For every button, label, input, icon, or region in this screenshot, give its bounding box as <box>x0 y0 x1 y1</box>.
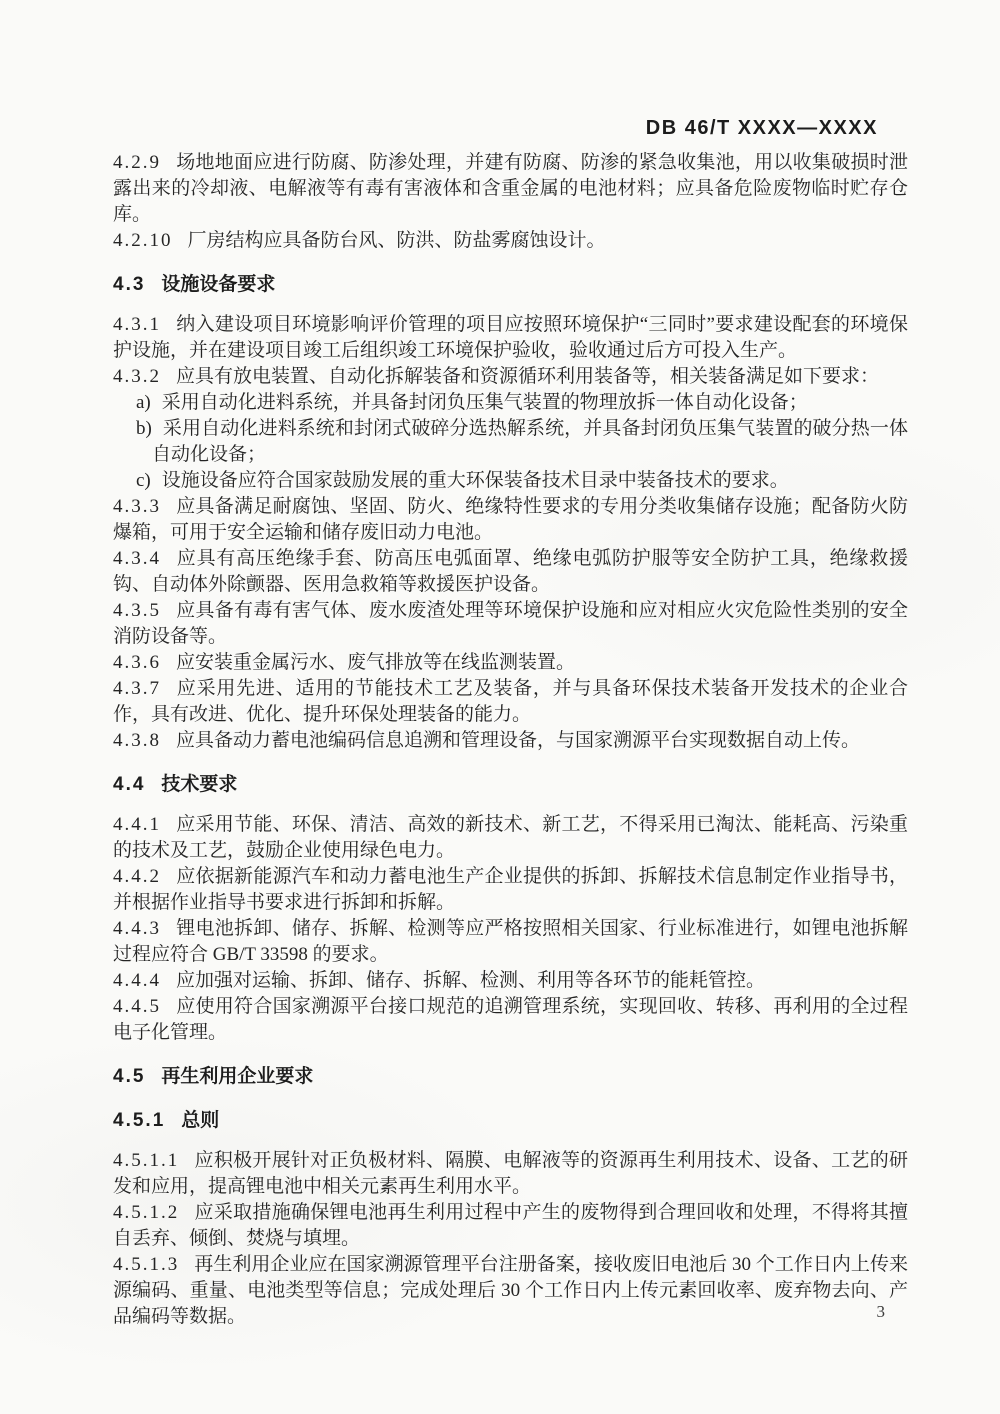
clause-text: 应依据新能源汽车和动力蓄电池生产企业提供的拆卸、拆解技术信息制定作业指导书，并根… <box>113 866 908 913</box>
clause-number: 4.3.6 <box>113 652 161 673</box>
clause-number: b) <box>136 416 152 442</box>
clause-text: 再生利用企业要求 <box>161 1066 313 1087</box>
clause-number: 4.3.8 <box>113 730 161 751</box>
clause-paragraph: 4.3.2应具有放电装置、自动化拆解装备和资源循环利用装备等，相关装备满足如下要… <box>113 364 908 390</box>
clause-number: 4.3 <box>113 274 145 295</box>
clause-text: 总则 <box>181 1110 219 1131</box>
clause-paragraph: 4.3.8应具备动力蓄电池编码信息追溯和管理设备，与国家溯源平台实现数据自动上传… <box>113 728 908 754</box>
list-item: b)采用自动化进料系统和封闭式破碎分选热解系统，并具备封闭负压集气装置的破分热一… <box>113 416 908 468</box>
clause-paragraph: 4.3.5应具备有毒有害气体、废水废渣处理等环境保护设施和应对相应火灾危险性类别… <box>113 598 908 650</box>
clause-number: a) <box>136 390 151 416</box>
clause-paragraph: 4.2.9场地地面应进行防腐、防渗处理，并建有防腐、防渗的紧急收集池，用以收集破… <box>113 150 908 228</box>
standard-number-header: DB 46/T XXXX—XXXX <box>646 117 878 140</box>
clause-text: 应加强对运输、拆卸、储存、拆解、检测、利用等各环节的能耗管控。 <box>176 970 765 991</box>
clause-paragraph: 4.3.3应具备满足耐腐蚀、坚固、防火、绝缘特性要求的专用分类收集储存设施；配备… <box>113 494 908 546</box>
clause-number: 4.4.1 <box>113 814 161 835</box>
section-heading: 4.3设施设备要求 <box>113 272 908 298</box>
clause-text: 采用自动化进料系统和封闭式破碎分选热解系统，并具备封闭负压集气装置的破分热一体自… <box>152 418 908 465</box>
clause-paragraph: 4.4.4应加强对运输、拆卸、储存、拆解、检测、利用等各环节的能耗管控。 <box>113 968 908 994</box>
clause-text: 应具有高压绝缘手套、防高压电弧面罩、绝缘电弧防护服等安全防护工具，绝缘救援钩、自… <box>113 548 908 595</box>
clause-number: 4.3.4 <box>113 548 161 569</box>
clause-paragraph: 4.5.1.2应采取措施确保锂电池再生利用过程中产生的废物得到合理回收和处理，不… <box>113 1200 908 1252</box>
clause-text: 场地地面应进行防腐、防渗处理，并建有防腐、防渗的紧急收集池，用以收集破损时泄露出… <box>113 152 908 225</box>
section-heading: 4.5再生利用企业要求 <box>113 1064 908 1090</box>
clause-number: 4.2.10 <box>113 230 173 251</box>
clause-text: 设施设备要求 <box>161 274 275 295</box>
clause-text: 应采取措施确保锂电池再生利用过程中产生的废物得到合理回收和处理，不得将其擅自丢弃… <box>113 1202 908 1249</box>
document-page: DB 46/T XXXX—XXXX 4.2.9场地地面应进行防腐、防渗处理，并建… <box>0 0 1000 1414</box>
clause-number: c) <box>136 468 151 494</box>
clause-number: 4.5.1.2 <box>113 1202 179 1223</box>
clause-paragraph: 4.4.5应使用符合国家溯源平台接口规范的追溯管理系统，实现回收、转移、再利用的… <box>113 994 908 1046</box>
clause-number: 4.5 <box>113 1066 145 1087</box>
clause-paragraph: 4.4.3锂电池拆卸、储存、拆解、检测等应严格按照相关国家、行业标准进行，如锂电… <box>113 916 908 968</box>
clause-paragraph: 4.3.6应安装重金属污水、废气排放等在线监测装置。 <box>113 650 908 676</box>
clause-text: 厂房结构应具备防台风、防洪、防盐雾腐蚀设计。 <box>188 230 606 251</box>
clause-number: 4.4.2 <box>113 866 161 887</box>
page-number: 3 <box>877 1302 886 1322</box>
clause-text: 应具备满足耐腐蚀、坚固、防火、绝缘特性要求的专用分类收集储存设施；配备防火防爆箱… <box>113 496 908 543</box>
clause-text: 应安装重金属污水、废气排放等在线监测装置。 <box>176 652 575 673</box>
clause-paragraph: 4.5.1.1应积极开展针对正负极材料、隔膜、电解液等的资源再生利用技术、设备、… <box>113 1148 908 1200</box>
clause-text: 技术要求 <box>161 774 237 795</box>
clause-paragraph: 4.3.4应具有高压绝缘手套、防高压电弧面罩、绝缘电弧防护服等安全防护工具，绝缘… <box>113 546 908 598</box>
clause-number: 4.3.3 <box>113 496 161 517</box>
clause-text: 应使用符合国家溯源平台接口规范的追溯管理系统，实现回收、转移、再利用的全过程电子… <box>113 996 908 1043</box>
clause-number: 4.4 <box>113 774 145 795</box>
clause-number: 4.3.7 <box>113 678 161 699</box>
clause-paragraph: 4.2.10厂房结构应具备防台风、防洪、防盐雾腐蚀设计。 <box>113 228 908 254</box>
clause-number: 4.5.1.1 <box>113 1150 179 1171</box>
clause-number: 4.4.3 <box>113 918 161 939</box>
clause-text: 采用自动化进料系统，并具备封闭负压集气装置的物理放拆一体自动化设备； <box>162 392 808 413</box>
clause-paragraph: 4.3.7应采用先进、适用的节能技术工艺及装备，并与具备环保技术装备开发技术的企… <box>113 676 908 728</box>
clause-text: 纳入建设项目环境影响评价管理的项目应按照环境保护“三同时”要求建设配套的环境保护… <box>113 314 908 361</box>
subsection-heading: 4.5.1总则 <box>113 1108 908 1134</box>
clause-number: 4.3.2 <box>113 366 161 387</box>
clause-text: 锂电池拆卸、储存、拆解、检测等应严格按照相关国家、行业标准进行，如锂电池拆解过程… <box>113 918 908 965</box>
clause-number: 4.3.1 <box>113 314 161 335</box>
clause-number: 4.5.1.3 <box>113 1254 179 1275</box>
clause-text: 应采用节能、环保、清洁、高效的新技术、新工艺，不得采用已淘汰、能耗高、污染重的技… <box>113 814 908 861</box>
clause-paragraph: 4.3.1纳入建设项目环境影响评价管理的项目应按照环境保护“三同时”要求建设配套… <box>113 312 908 364</box>
clause-text: 设施设备应符合国家鼓励发展的重大环保装备技术目录中装备技术的要求。 <box>162 470 789 491</box>
clause-number: 4.3.5 <box>113 600 161 621</box>
clause-text: 应具备动力蓄电池编码信息追溯和管理设备，与国家溯源平台实现数据自动上传。 <box>176 730 860 751</box>
document-body: 4.2.9场地地面应进行防腐、防渗处理，并建有防腐、防渗的紧急收集池，用以收集破… <box>113 150 908 1330</box>
clause-text: 再生利用企业应在国家溯源管理平台注册备案，接收废旧电池后 30 个工作日内上传来… <box>113 1254 908 1327</box>
clause-paragraph: 4.4.2应依据新能源汽车和动力蓄电池生产企业提供的拆卸、拆解技术信息制定作业指… <box>113 864 908 916</box>
section-heading: 4.4技术要求 <box>113 772 908 798</box>
clause-text: 应采用先进、适用的节能技术工艺及装备，并与具备环保技术装备开发技术的企业合作，具… <box>113 678 908 725</box>
clause-number: 4.2.9 <box>113 152 161 173</box>
clause-number: 4.4.5 <box>113 996 161 1017</box>
clause-number: 4.4.4 <box>113 970 161 991</box>
clause-number: 4.5.1 <box>113 1110 165 1131</box>
list-item: c)设施设备应符合国家鼓励发展的重大环保装备技术目录中装备技术的要求。 <box>113 468 908 494</box>
list-item: a)采用自动化进料系统，并具备封闭负压集气装置的物理放拆一体自动化设备； <box>113 390 908 416</box>
clause-text: 应具备有毒有害气体、废水废渣处理等环境保护设施和应对相应火灾危险性类别的安全消防… <box>113 600 908 647</box>
clause-paragraph: 4.4.1应采用节能、环保、清洁、高效的新技术、新工艺，不得采用已淘汰、能耗高、… <box>113 812 908 864</box>
clause-text: 应具有放电装置、自动化拆解装备和资源循环利用装备等，相关装备满足如下要求： <box>176 366 879 387</box>
clause-text: 应积极开展针对正负极材料、隔膜、电解液等的资源再生利用技术、设备、工艺的研发和应… <box>113 1150 908 1197</box>
clause-paragraph: 4.5.1.3再生利用企业应在国家溯源管理平台注册备案，接收废旧电池后 30 个… <box>113 1252 908 1330</box>
